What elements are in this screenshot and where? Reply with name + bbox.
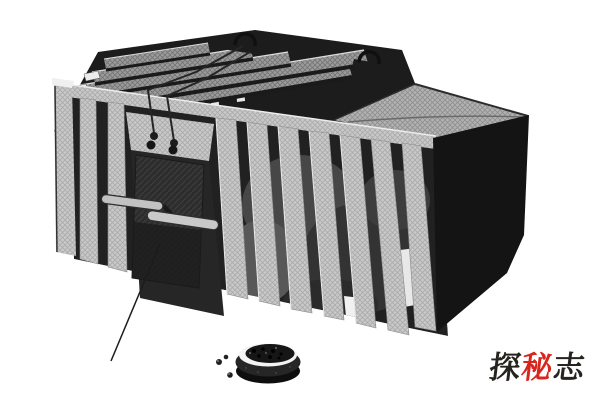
- illustration-canvas: 探 秘 志: [0, 0, 600, 400]
- watermark-char: 志: [551, 351, 587, 385]
- cage-door: [131, 150, 224, 316]
- food-bowl: [216, 344, 301, 384]
- side-panel-dark: [433, 115, 529, 332]
- corner-post: [52, 78, 76, 256]
- spilled-pellets: [216, 355, 233, 378]
- watermark-logo: 探 秘 志: [487, 351, 600, 391]
- puzzle-box-figure: [0, 0, 600, 400]
- watermark-char: 秘: [519, 351, 555, 385]
- watermark-char: 探: [487, 351, 523, 385]
